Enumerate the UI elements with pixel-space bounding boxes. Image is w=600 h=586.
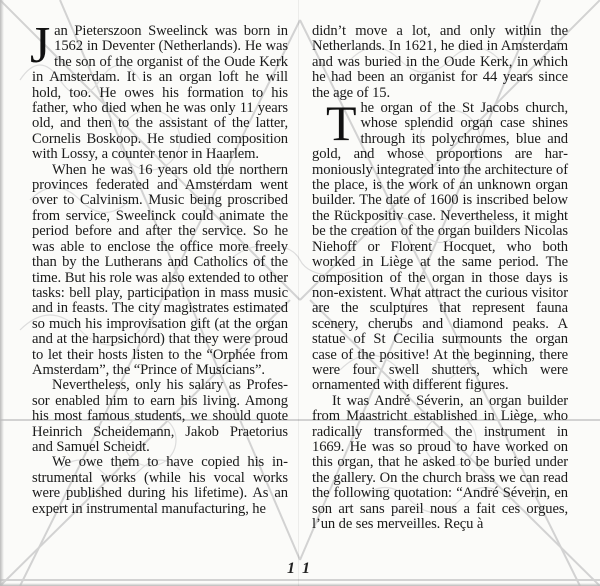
paragraph: We owe them to have copied his in­strume… [32,455,288,517]
page-number-left: 1 [287,560,295,578]
paragraph-continuation: didn’t move a lot, and only within the N… [312,24,568,101]
drop-cap-t: T [326,103,356,143]
paragraph-organ: The organ of the St Jacobs church, whose… [312,101,568,394]
paragraph-intro: Jan Pieterszoon Sweelinck was born in 15… [32,24,288,163]
paragraph: It was André Séverin, an organ builder f… [312,394,568,533]
drop-cap-j: J [30,26,50,66]
right-column: didn’t move a lot, and only within the N… [312,24,568,532]
paragraph: When he was 16 years old the north­ern p… [32,163,288,379]
page-number-right: 1 [302,560,310,578]
booklet-spread: Jan Pieterszoon Sweelinck was born in 15… [0,0,600,586]
paragraph: Nevertheless, only his salary as Profes­… [32,378,288,455]
left-column: Jan Pieterszoon Sweelinck was born in 15… [32,24,288,517]
